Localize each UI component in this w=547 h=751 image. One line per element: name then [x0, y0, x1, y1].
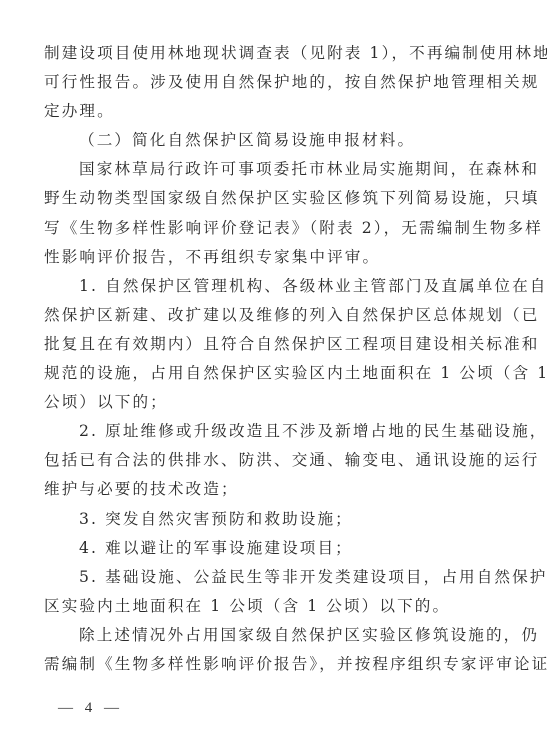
text-line: 公顷）以下的；	[44, 388, 502, 417]
text-line: 2. 原址维修或升级改造且不涉及新增占地的民生基础设施，	[44, 417, 502, 446]
text-line: 野生动物类型国家级自然保护区实验区修筑下列简易设施，只填	[44, 184, 502, 213]
text-line: 4. 难以避让的军事设施建设项目；	[44, 534, 502, 563]
text-line: 1. 自然保护区管理机构、各级林业主管部门及直属单位在自	[44, 272, 502, 301]
list-item-4: 4. 难以避让的军事设施建设项目；	[44, 534, 502, 563]
text-line: 区实验内土地面积在 1 公顷（含 1 公顷）以下的。	[44, 592, 502, 621]
paragraph-continuation: 制建设项目使用林地现状调查表（见附表 1），不再编制使用林地 可行性报告。涉及使…	[44, 39, 502, 126]
paragraph-closing: 除上述情况外占用国家级自然保护区实验区修筑设施的，仍 需编制《生物多样性影响评价…	[44, 621, 502, 679]
text-line: 性影响评价报告，不再组织专家集中评审。	[44, 243, 502, 272]
paragraph-body: 国家林草局行政许可事项委托市林业局实施期间，在森林和 野生动物类型国家级自然保护…	[44, 155, 502, 271]
page-number: — 4 —	[58, 700, 123, 717]
list-item-3: 3. 突发自然灾害预防和救助设施；	[44, 505, 502, 534]
heading-line: （二）简化自然保护区简易设施申报材料。	[44, 126, 502, 155]
list-item-1: 1. 自然保护区管理机构、各级林业主管部门及直属单位在自 然保护区新建、改扩建以…	[44, 272, 502, 417]
text-line: 5. 基础设施、公益民生等非开发类建设项目，占用自然保护	[44, 563, 502, 592]
text-line: 定办理。	[44, 97, 502, 126]
list-item-2: 2. 原址维修或升级改造且不涉及新增占地的民生基础设施， 包括已有合法的供排水、…	[44, 417, 502, 504]
text-line: 包括已有合法的供排水、防洪、交通、输变电、通讯设施的运行	[44, 446, 502, 475]
section-heading: （二）简化自然保护区简易设施申报材料。	[44, 126, 502, 155]
text-line: 国家林草局行政许可事项委托市林业局实施期间，在森林和	[44, 155, 502, 184]
text-line: 维护与必要的技术改造；	[44, 475, 502, 504]
text-line: 然保护区新建、改扩建以及维修的列入自然保护区总体规划（已	[44, 301, 502, 330]
list-item-5: 5. 基础设施、公益民生等非开发类建设项目，占用自然保护 区实验内土地面积在 1…	[44, 563, 502, 621]
text-line: 可行性报告。涉及使用自然保护地的，按自然保护地管理相关规	[44, 68, 502, 97]
text-line: 写《生物多样性影响评价登记表》（附表 2），无需编制生物多样	[44, 214, 502, 243]
text-line: 批复且在有效期内）且符合自然保护区工程项目建设相关标准和	[44, 330, 502, 359]
text-line: 3. 突发自然灾害预防和救助设施；	[44, 505, 502, 534]
document-page: 制建设项目使用林地现状调查表（见附表 1），不再编制使用林地 可行性报告。涉及使…	[44, 39, 502, 679]
text-line: 规范的设施，占用自然保护区实验区内土地面积在 1 公顷（含 1	[44, 359, 502, 388]
text-line: 除上述情况外占用国家级自然保护区实验区修筑设施的，仍	[44, 621, 502, 650]
text-line: 需编制《生物多样性影响评价报告》，并按程序组织专家评审论证。	[44, 650, 502, 679]
text-line: 制建设项目使用林地现状调查表（见附表 1），不再编制使用林地	[44, 39, 502, 68]
